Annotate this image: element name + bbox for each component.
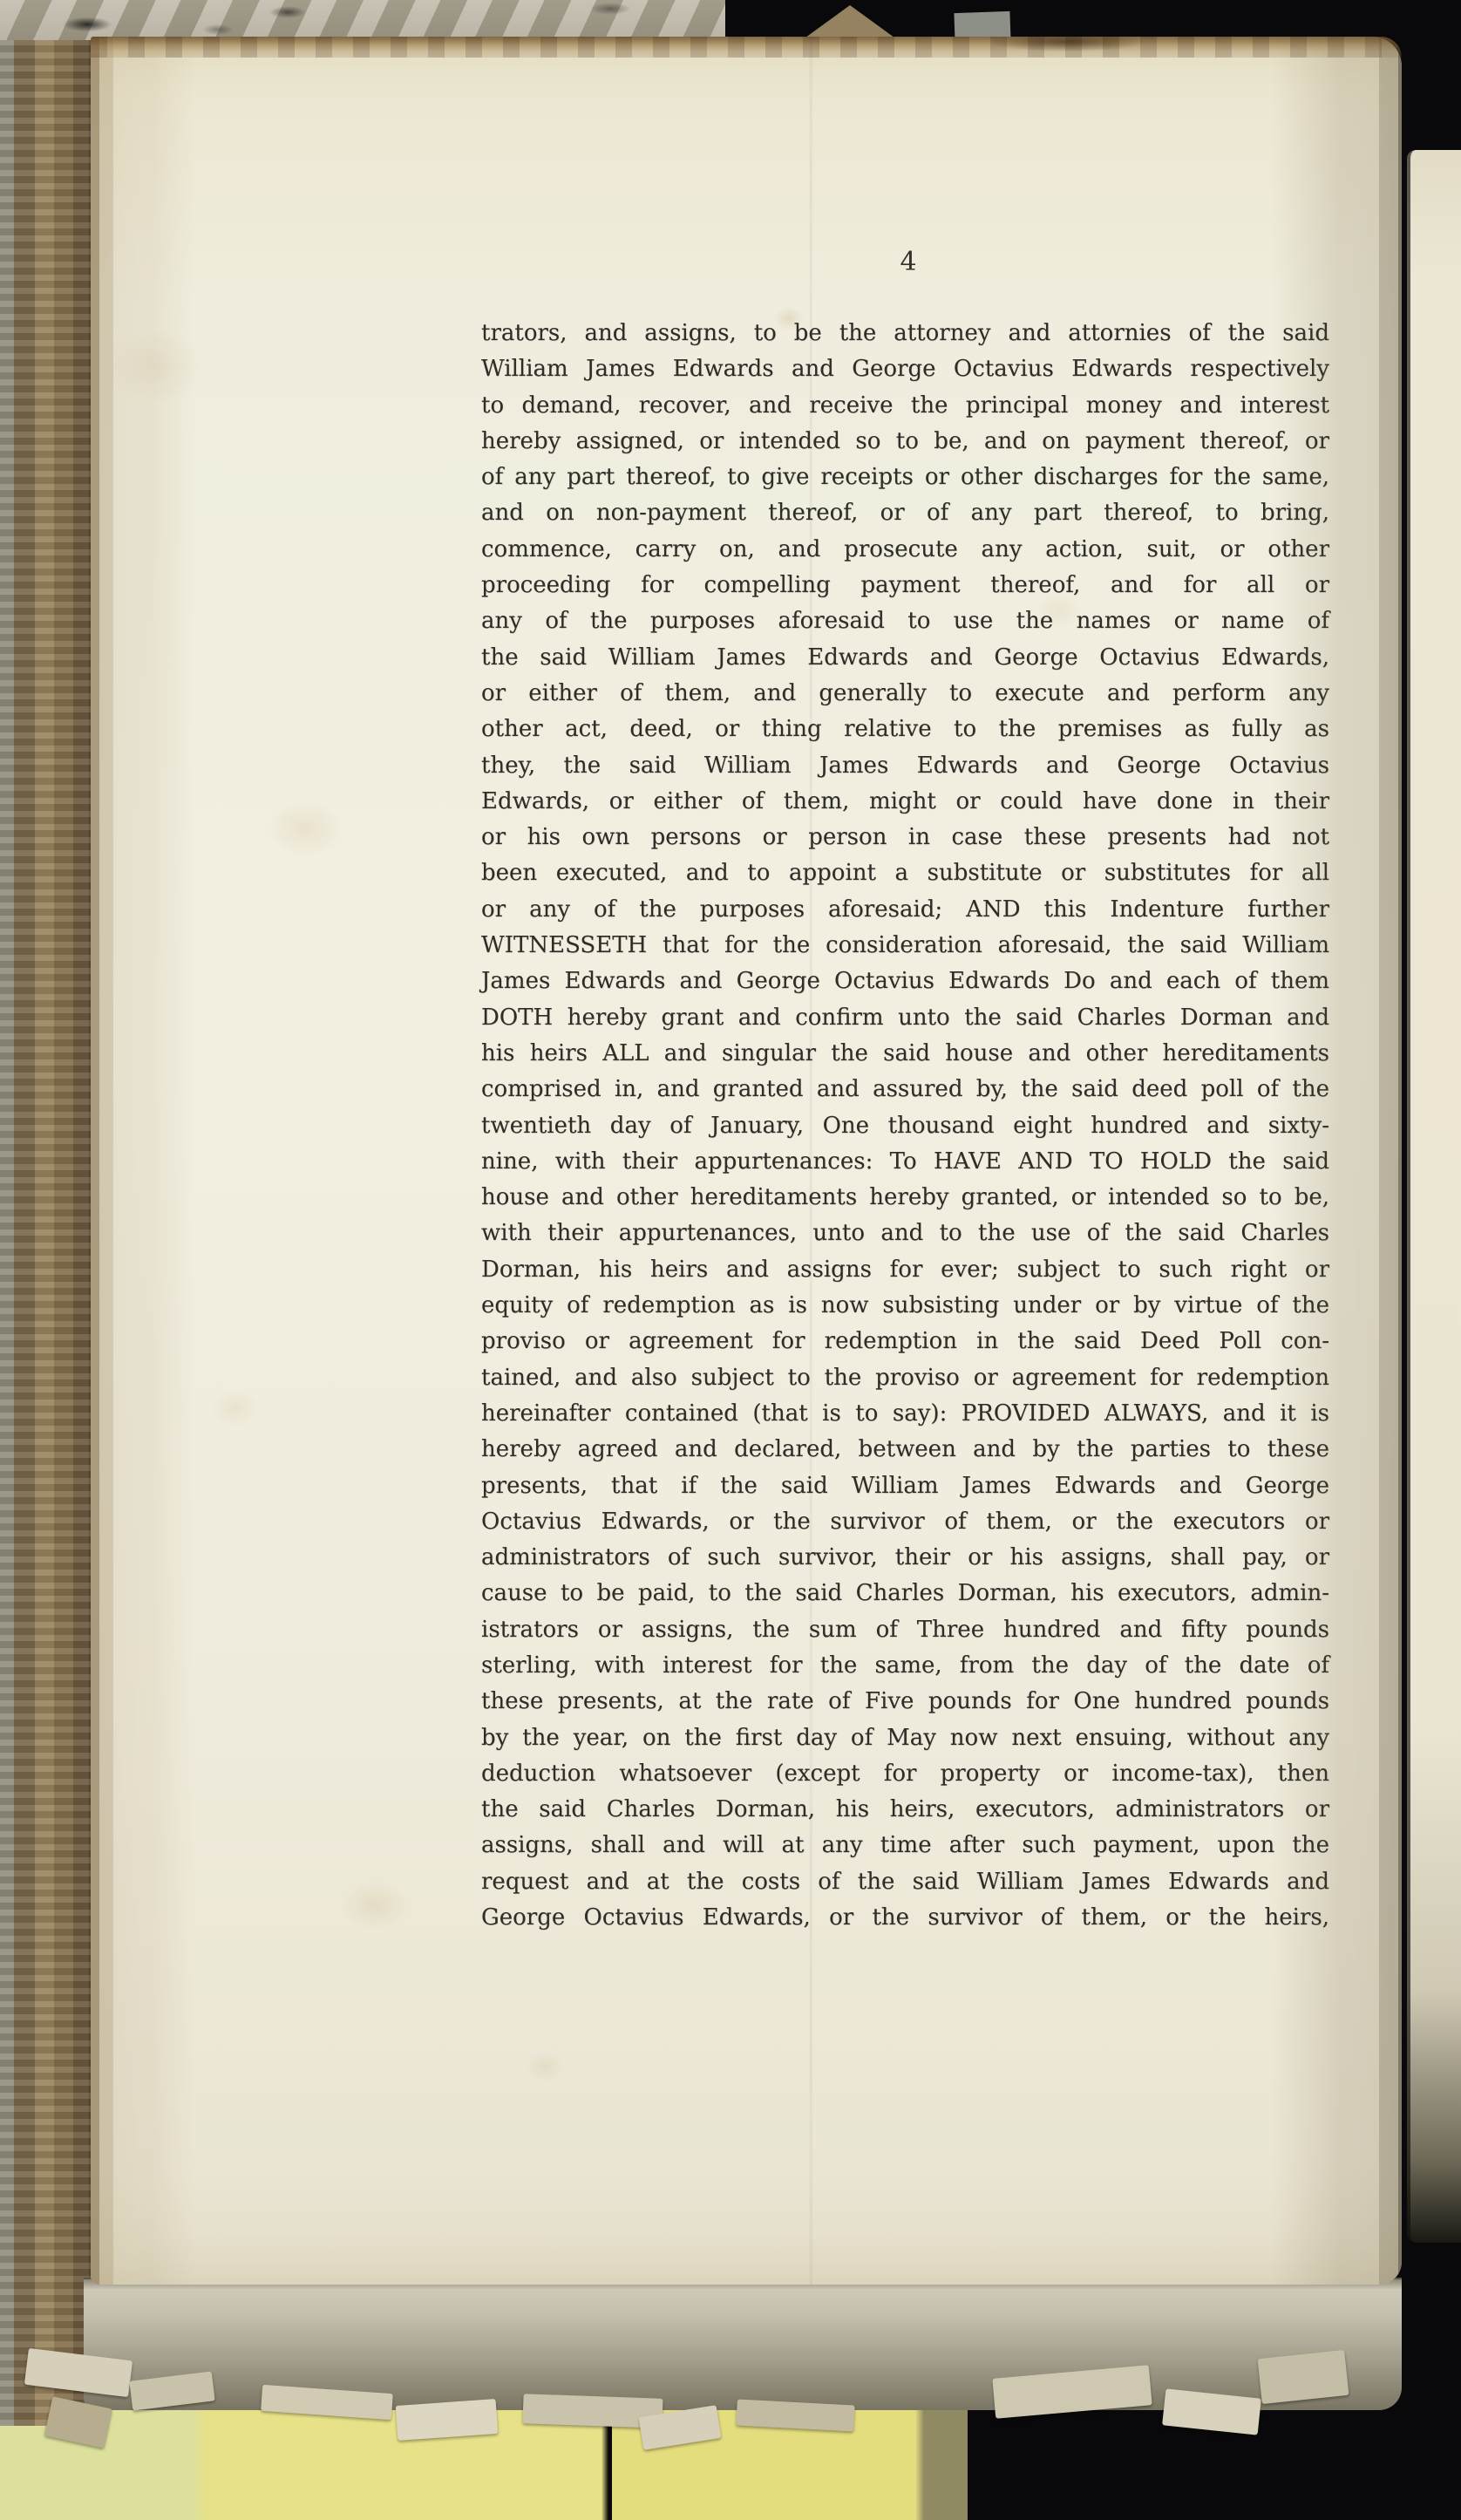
text-line: administrators of such survivor, their o…: [481, 1540, 1329, 1576]
text-line: other act, deed, or thing relative to th…: [481, 712, 1329, 747]
text-line: house and other hereditaments hereby gra…: [481, 1180, 1329, 1216]
torn-paper-fragment: [396, 2399, 499, 2441]
text-line: cause to be paid, to the said Charles Do…: [481, 1576, 1329, 1611]
text-line: and on non-payment thereof, or of any pa…: [481, 495, 1329, 531]
text-line: these presents, at the rate of Five poun…: [481, 1684, 1329, 1720]
text-line: proceeding for compelling payment thereo…: [481, 568, 1329, 603]
text-line: or any of the purposes aforesaid; AND th…: [481, 892, 1329, 928]
book-top-pages-edge: [0, 0, 725, 40]
text-line: commence, carry on, and prosecute any ac…: [481, 532, 1329, 568]
text-line: or his own persons or person in case the…: [481, 820, 1329, 855]
text-line: the said Charles Dorman, his heirs, exec…: [481, 1792, 1329, 1828]
text-line: hereinafter contained (that is to say): …: [481, 1396, 1329, 1432]
text-line: Octavius Edwards, or the survivor of the…: [481, 1504, 1329, 1540]
text-line: tained, and also subject to the proviso …: [481, 1360, 1329, 1396]
text-line: equity of redemption as is now subsistin…: [481, 1288, 1329, 1324]
text-line: James Edwards and George Octavius Edward…: [481, 964, 1329, 999]
text-line: request and at the costs of the said Wil…: [481, 1864, 1329, 1900]
deed-text-block: trators, and assigns, to be the attorney…: [481, 316, 1329, 1936]
text-line: hereby agreed and declared, between and …: [481, 1432, 1329, 1468]
text-line: sterling, with interest for the same, fr…: [481, 1648, 1329, 1684]
text-line: his heirs ALL and singular the said hous…: [481, 1036, 1329, 1072]
page-top-deckle-edge: [91, 37, 1402, 58]
text-line: deduction whatsoever (except for propert…: [481, 1756, 1329, 1792]
text-line: WITNESSETH that for the consideration af…: [481, 928, 1329, 964]
book-page: 4 trators, and assigns, to be the attorn…: [91, 37, 1402, 2285]
text-line: been executed, and to appoint a substitu…: [481, 855, 1329, 891]
book-photograph: 4 trators, and assigns, to be the attorn…: [0, 0, 1461, 2520]
paper-fragment-top: [802, 5, 898, 40]
text-line: hereby assigned, or intended so to be, a…: [481, 424, 1329, 460]
text-line: assigns, shall and will at any time afte…: [481, 1828, 1329, 1863]
text-line: twentieth day of January, One thousand e…: [481, 1108, 1329, 1144]
text-line: Edwards, or either of them, might or cou…: [481, 784, 1329, 820]
text-line: George Octavius Edwards, or the survivor…: [481, 1900, 1329, 1936]
text-line: the said William James Edwards and Georg…: [481, 640, 1329, 676]
text-line: nine, with their appurtenances: To HAVE …: [481, 1144, 1329, 1180]
text-line: proviso or agreement for redemption in t…: [481, 1324, 1329, 1359]
text-line: Dorman, his heirs and assigns for ever; …: [481, 1252, 1329, 1288]
text-line: DOTH hereby grant and confirm unto the s…: [481, 1000, 1329, 1036]
text-line: by the year, on the first day of May now…: [481, 1720, 1329, 1756]
text-line: presents, that if the said William James…: [481, 1468, 1329, 1504]
text-line: or either of them, and generally to exec…: [481, 676, 1329, 712]
text-line: they, the said William James Edwards and…: [481, 748, 1329, 784]
text-line: trators, and assigns, to be the attorney…: [481, 316, 1329, 351]
text-line: to demand, recover, and receive the prin…: [481, 388, 1329, 424]
text-line: comprised in, and granted and assured by…: [481, 1072, 1329, 1107]
page-number: 4: [882, 247, 934, 277]
text-line: of any part thereof, to give receipts or…: [481, 460, 1329, 495]
text-line: William James Edwards and George Octaviu…: [481, 351, 1329, 387]
facing-page-edge: [1407, 150, 1461, 2243]
text-line: with their appurtenances, unto and to th…: [481, 1216, 1329, 1251]
text-line: any of the purposes aforesaid to use the…: [481, 603, 1329, 639]
book-spine-tattered-edge: [0, 0, 105, 2426]
text-line: istrators or assigns, the sum of Three h…: [481, 1612, 1329, 1648]
torn-paper-fragment: [1258, 2350, 1349, 2404]
